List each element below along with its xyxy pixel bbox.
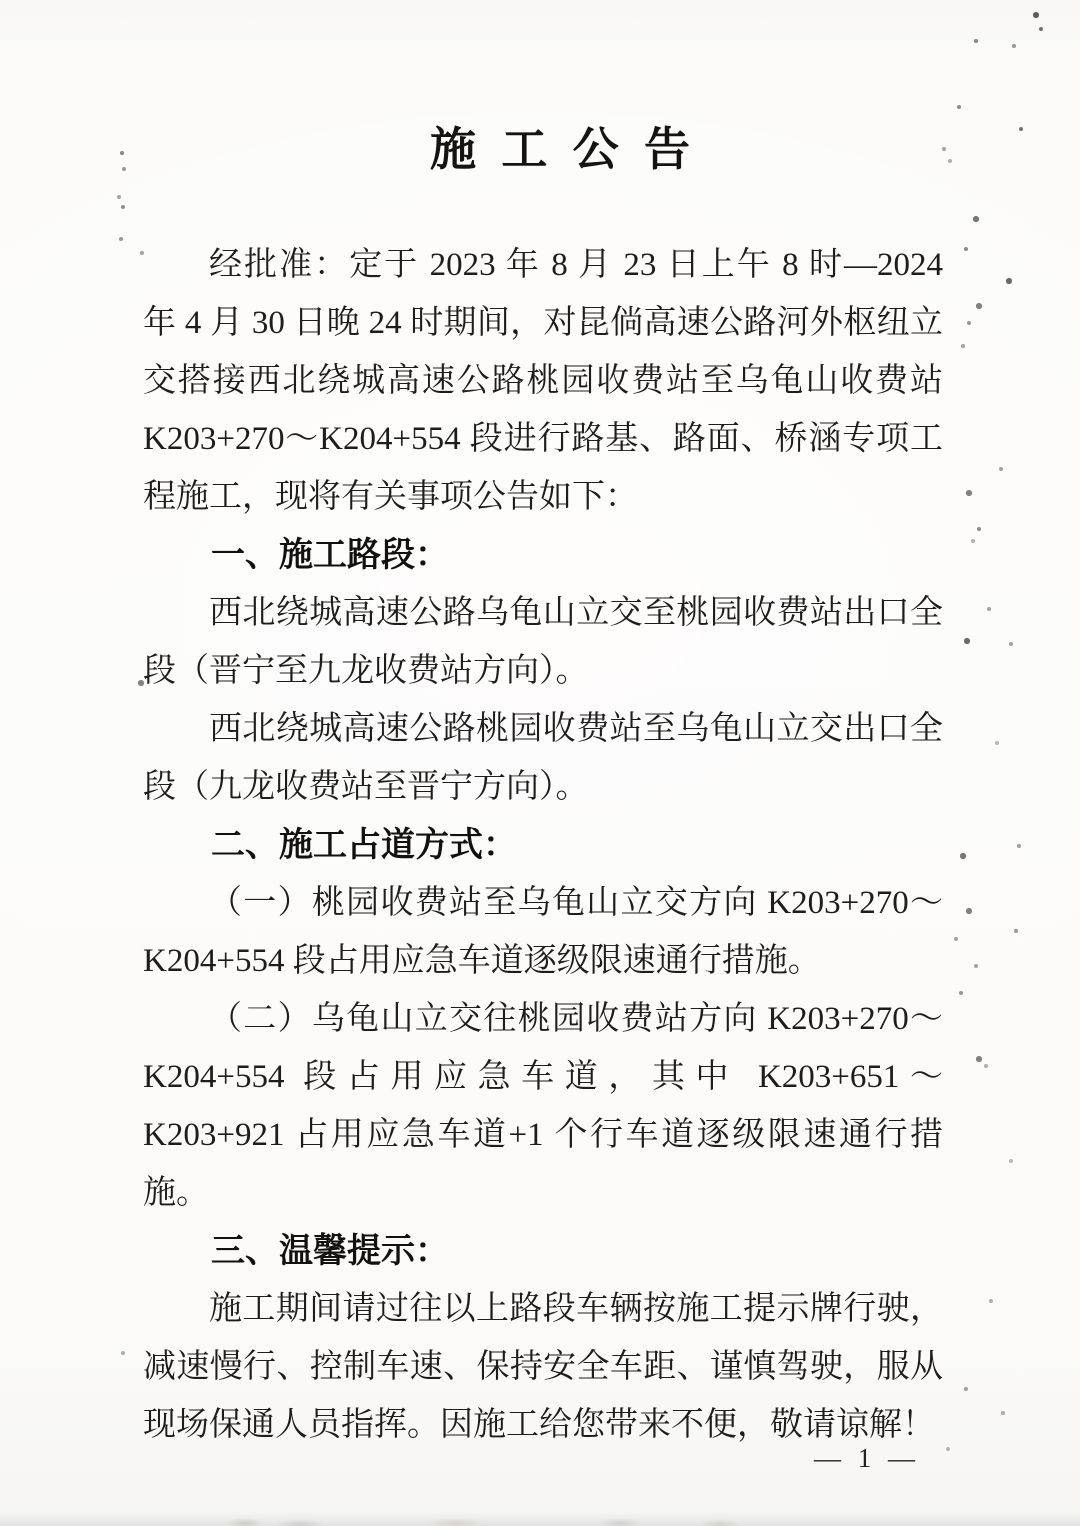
scan-edge-bottom bbox=[0, 1512, 1080, 1526]
scan-noise-speckles bbox=[0, 0, 2, 2]
section-3-paragraph-1: 施工期间请过往以上路段车辆按施工提示牌行驶，减速慢行、控制车速、保持安全车距、谨… bbox=[143, 1280, 943, 1454]
page-number: — 1 — bbox=[814, 1443, 920, 1474]
section-3-heading: 三、温馨提示： bbox=[143, 1222, 943, 1280]
section-2-paragraph-2: （二）乌龟山立交往桃园收费站方向 K203+270～K204+554 段占用应急… bbox=[143, 990, 943, 1222]
scanned-notice-page: 施工公告 经批准：定于 2023 年 8 月 23 日上午 8 时—2024 年… bbox=[0, 0, 1080, 1526]
section-2-paragraph-1: （一）桃园收费站至乌龟山立交方向 K203+270～K204+554 段占用应急… bbox=[143, 874, 943, 990]
section-1-paragraph-1: 西北绕城高速公路乌龟山立交至桃园收费站出口全段（晋宁至九龙收费站方向）。 bbox=[143, 584, 943, 700]
notice-body: 经批准：定于 2023 年 8 月 23 日上午 8 时—2024 年 4 月 … bbox=[143, 236, 943, 1454]
section-1-paragraph-2: 西北绕城高速公路桃园收费站至乌龟山立交出口全段（九龙收费站至晋宁方向）。 bbox=[143, 700, 943, 816]
section-1-heading: 一、施工路段： bbox=[143, 526, 943, 584]
intro-paragraph: 经批准：定于 2023 年 8 月 23 日上午 8 时—2024 年 4 月 … bbox=[143, 236, 943, 526]
section-2-heading: 二、施工占道方式： bbox=[143, 816, 943, 874]
page-title: 施工公告 bbox=[160, 118, 960, 180]
